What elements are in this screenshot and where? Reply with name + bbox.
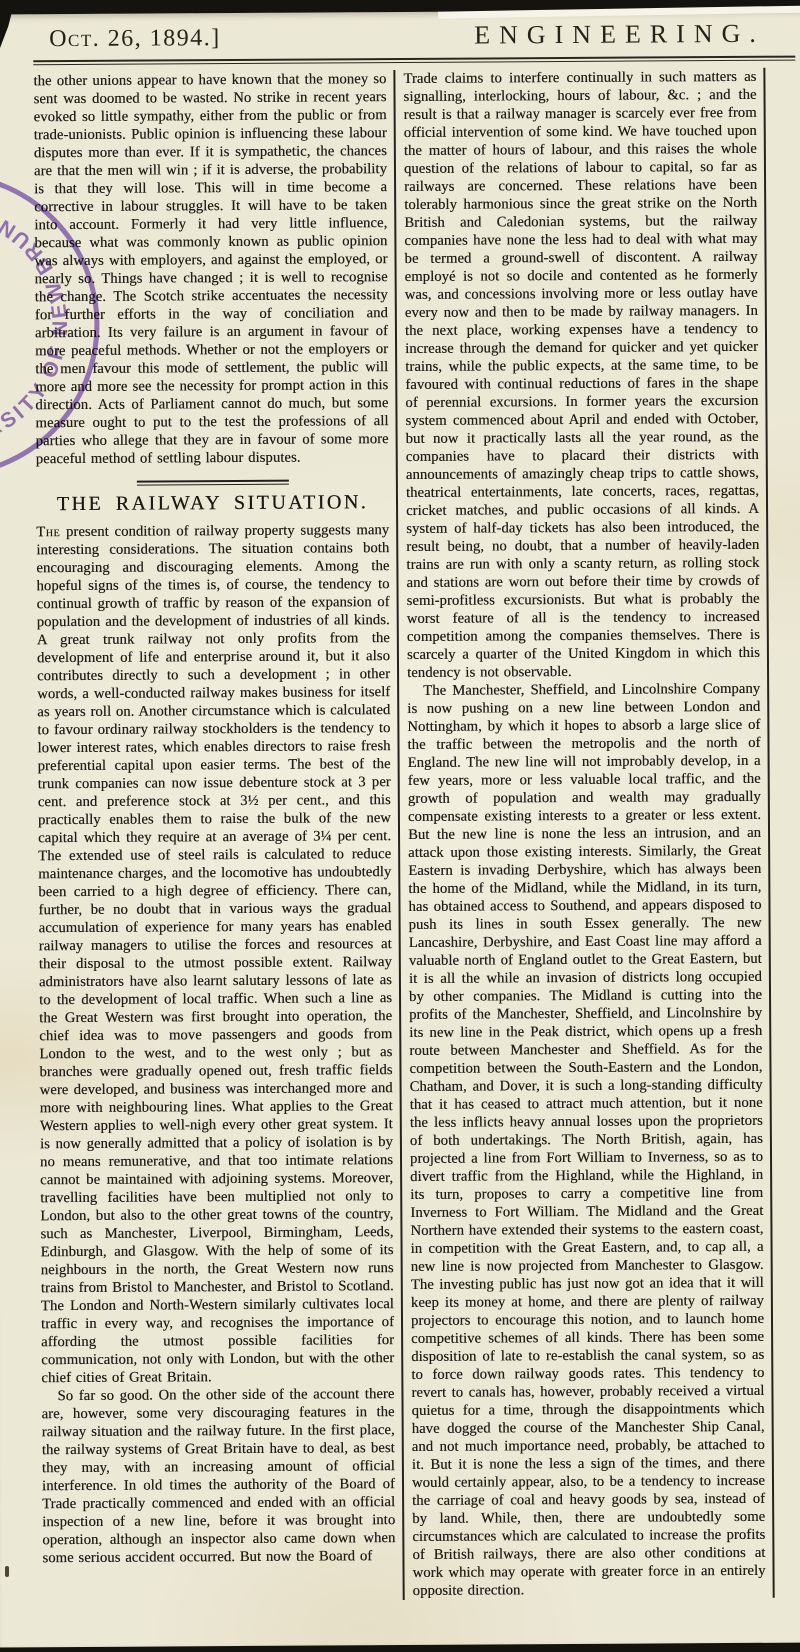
page-paper: Oct. 26, 1894.] ENGINEERING. the other u… <box>0 10 800 1648</box>
right-paragraph-2: The Manchester, Sheffield, and Lincolnsh… <box>407 680 766 1600</box>
section-heading: THE RAILWAY SITUATION. <box>36 493 389 513</box>
masthead: Oct. 26, 1894.] ENGINEERING. <box>0 10 800 61</box>
right-paragraph-1: Trade claims to interfere continually in… <box>403 68 760 682</box>
article-paragraph-2: So far so good. On the other side of the… <box>41 1385 395 1567</box>
masthead-title: ENGINEERING. <box>474 19 765 51</box>
masthead-date: Oct. 26, 1894.] <box>49 25 221 53</box>
left-column: the other unions appear to have known th… <box>33 70 395 1602</box>
continuation-paragraph: the other unions appear to have known th… <box>33 70 388 468</box>
article-lead-word: The <box>36 524 60 540</box>
article-paragraph-1: The present condition of railway propert… <box>36 521 394 1387</box>
right-column: Trade claims to interfere continually in… <box>403 68 765 1600</box>
page-edge-rule <box>763 68 774 1598</box>
column-divider-rule <box>393 70 404 1600</box>
text-body: the other unions appear to have known th… <box>33 68 800 1603</box>
scan-speck <box>5 1566 9 1577</box>
section-divider <box>136 480 288 486</box>
article-paragraph-1-text: present condition of railway property su… <box>36 522 394 1386</box>
scanned-page: Oct. 26, 1894.] ENGINEERING. the other u… <box>0 0 800 1652</box>
